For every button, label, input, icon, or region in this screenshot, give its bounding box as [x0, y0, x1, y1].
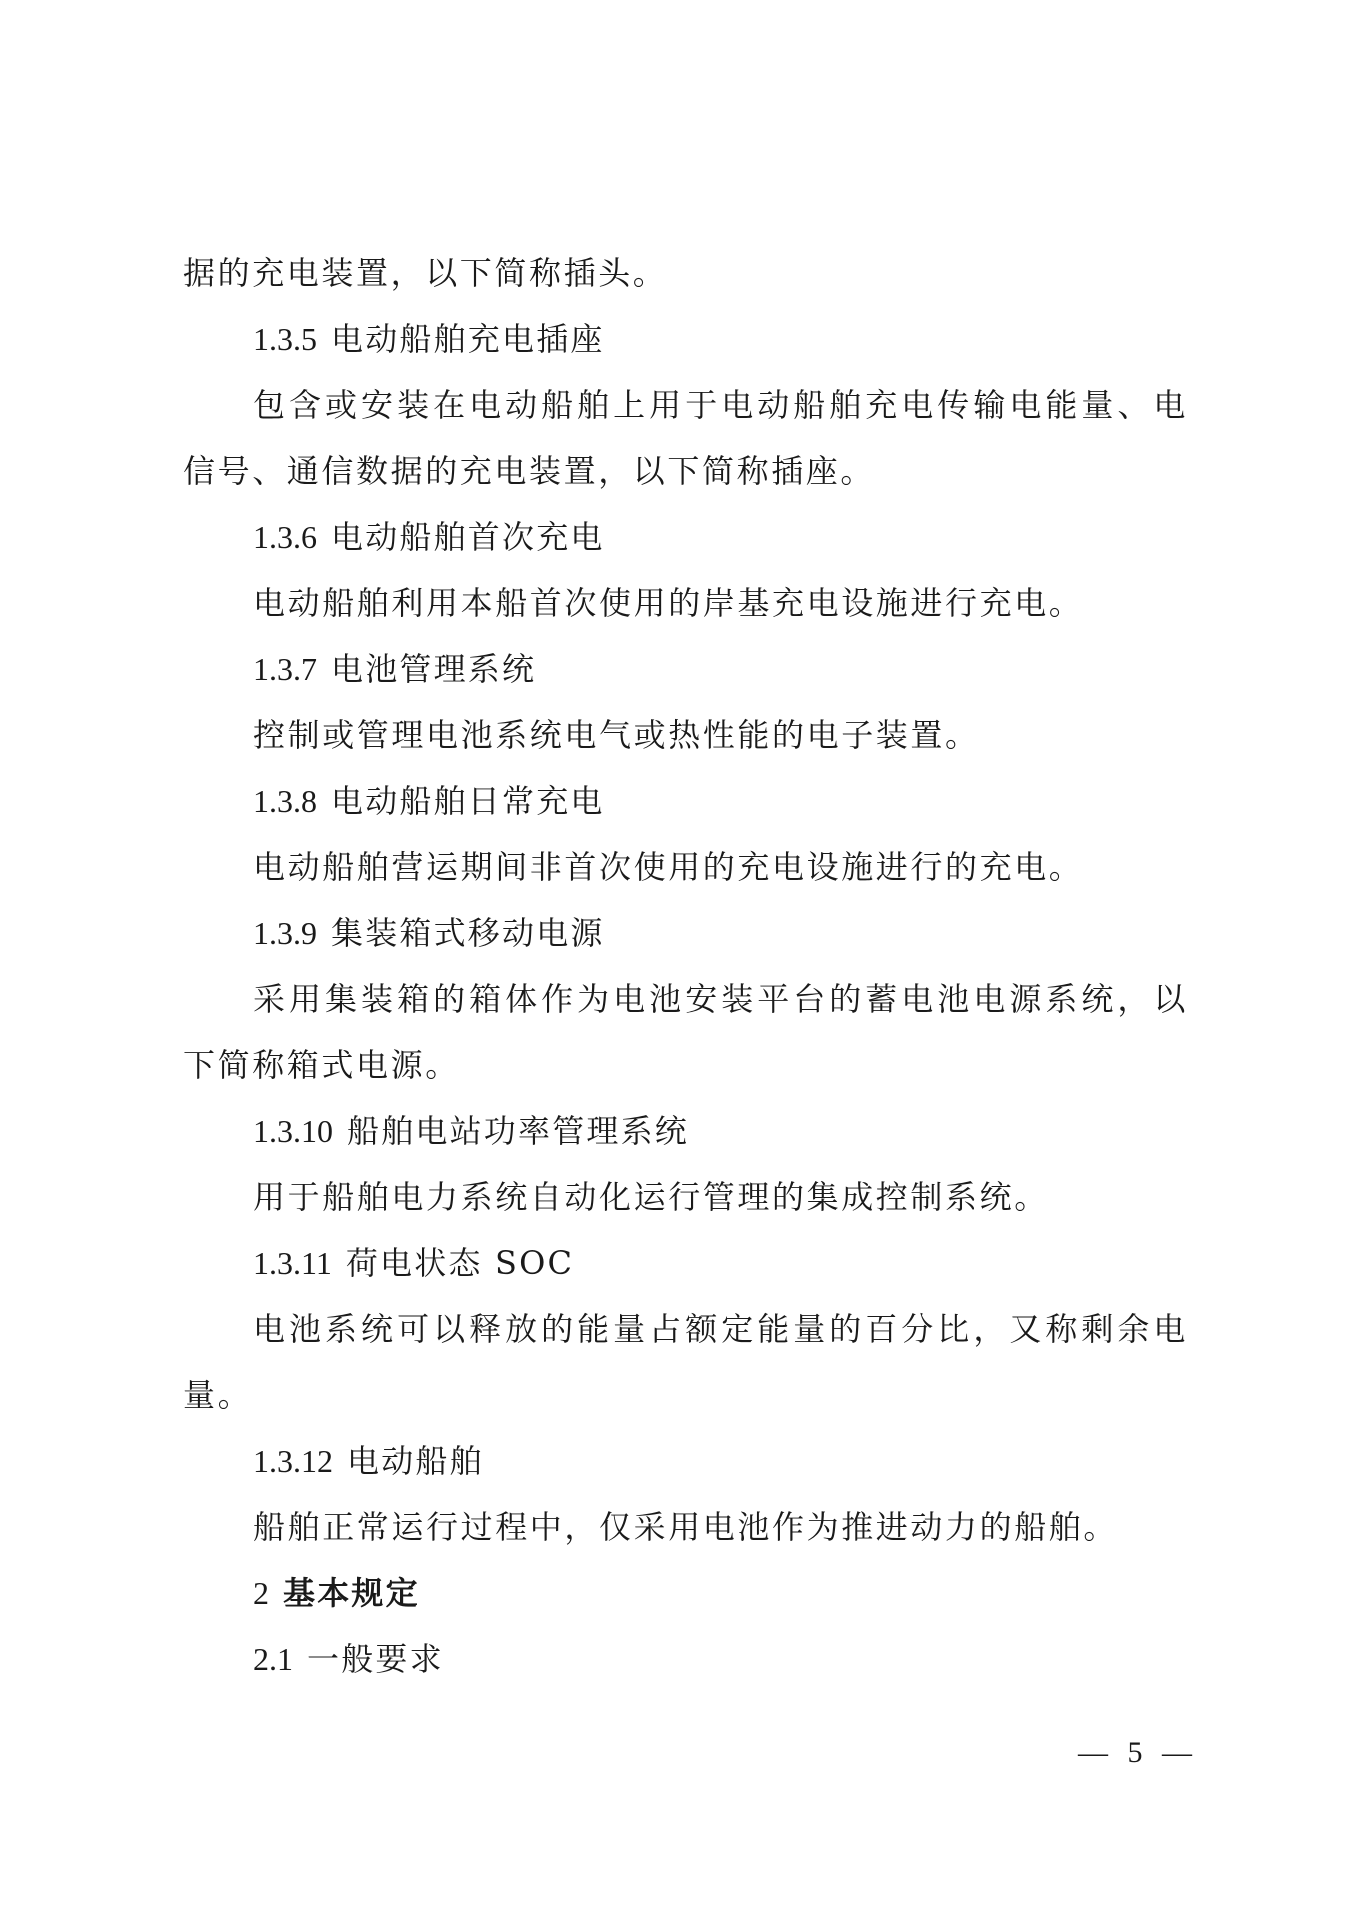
section-title: 电动船舶充电插座	[331, 320, 605, 358]
section-number: 2.1	[253, 1641, 293, 1677]
text: 信号、通信数据的充电装置，以下简称插座。	[183, 452, 875, 490]
section-heading-1-3-11: 1.3.11荷电状态 SOC	[253, 1243, 574, 1283]
section-title: 电动船舶首次充电	[331, 518, 605, 556]
definition-text: 电池系统可以释放的能量占额定能量的百分比，又称剩余电	[253, 1309, 1188, 1349]
definition-text: 控制或管理电池系统电气或热性能的电子装置。	[253, 715, 980, 755]
chapter-title: 基本规定	[283, 1574, 420, 1612]
chapter-number: 2	[253, 1575, 269, 1611]
section-title: 集装箱式移动电源	[331, 914, 605, 952]
section-heading-1-3-12: 1.3.12电动船舶	[253, 1441, 484, 1481]
definition-text: 采用集装箱的箱体作为电池安装平台的蓄电池电源系统，以	[253, 979, 1188, 1019]
section-heading-2-1: 2.1一般要求	[253, 1639, 444, 1679]
definition-text-cont: 信号、通信数据的充电装置，以下简称插座。	[183, 451, 875, 491]
text: 控制或管理电池系统电气或热性能的电子装置。	[253, 716, 980, 754]
text: 电动船舶利用本船首次使用的岸基充电设施进行充电。	[253, 584, 1083, 622]
section-heading-1-3-7: 1.3.7电池管理系统	[253, 649, 536, 689]
section-number: 1.3.11	[253, 1245, 332, 1281]
definition-text: 电动船舶营运期间非首次使用的充电设施进行的充电。	[253, 847, 1083, 887]
section-title: 船舶电站功率管理系统	[347, 1112, 689, 1150]
section-number: 1.3.10	[253, 1113, 333, 1149]
section-title: 电动船舶	[347, 1442, 484, 1480]
chapter-heading-2: 2基本规定	[253, 1573, 420, 1613]
definition-text: 电动船舶利用本船首次使用的岸基充电设施进行充电。	[253, 583, 1083, 623]
section-number: 1.3.8	[253, 783, 317, 819]
page-number: — 5 —	[1078, 1736, 1198, 1770]
section-title: 荷电状态 SOC	[346, 1244, 574, 1282]
section-number: 1.3.5	[253, 321, 317, 357]
text: 用于船舶电力系统自动化运行管理的集成控制系统。	[253, 1178, 1049, 1216]
paragraph-continuation: 据的充电装置，以下简称插头。	[183, 253, 667, 293]
definition-text: 包含或安装在电动船舶上用于电动船舶充电传输电能量、电	[253, 385, 1188, 425]
section-heading-1-3-6: 1.3.6电动船舶首次充电	[253, 517, 605, 557]
document-page: 据的充电装置，以下简称插头。 1.3.5电动船舶充电插座 包含或安装在电动船舶上…	[0, 0, 1357, 1920]
section-heading-1-3-9: 1.3.9集装箱式移动电源	[253, 913, 605, 953]
section-number: 1.3.6	[253, 519, 317, 555]
section-number: 1.3.7	[253, 651, 317, 687]
section-heading-1-3-10: 1.3.10船舶电站功率管理系统	[253, 1111, 689, 1151]
text: 电池系统可以释放的能量占额定能量的百分比，又称剩余电	[253, 1310, 1188, 1348]
definition-text: 用于船舶电力系统自动化运行管理的集成控制系统。	[253, 1177, 1049, 1217]
section-number: 1.3.9	[253, 915, 317, 951]
text: 采用集装箱的箱体作为电池安装平台的蓄电池电源系统，以	[253, 980, 1188, 1018]
section-heading-1-3-8: 1.3.8电动船舶日常充电	[253, 781, 605, 821]
section-title: 电池管理系统	[331, 650, 536, 688]
text: 据的充电装置，以下简称插头。	[183, 254, 667, 292]
definition-text: 船舶正常运行过程中，仅采用电池作为推进动力的船舶。	[253, 1507, 1118, 1547]
section-heading-1-3-5: 1.3.5电动船舶充电插座	[253, 319, 605, 359]
text: 下简称箱式电源。	[183, 1046, 460, 1084]
text: 量。	[183, 1376, 252, 1414]
text: 电动船舶营运期间非首次使用的充电设施进行的充电。	[253, 848, 1083, 886]
section-title: 一般要求	[307, 1640, 444, 1678]
text: 包含或安装在电动船舶上用于电动船舶充电传输电能量、电	[253, 386, 1188, 424]
definition-text-cont: 量。	[183, 1375, 252, 1415]
section-number: 1.3.12	[253, 1443, 333, 1479]
text: 船舶正常运行过程中，仅采用电池作为推进动力的船舶。	[253, 1508, 1118, 1546]
definition-text-cont: 下简称箱式电源。	[183, 1045, 460, 1085]
section-title: 电动船舶日常充电	[331, 782, 605, 820]
